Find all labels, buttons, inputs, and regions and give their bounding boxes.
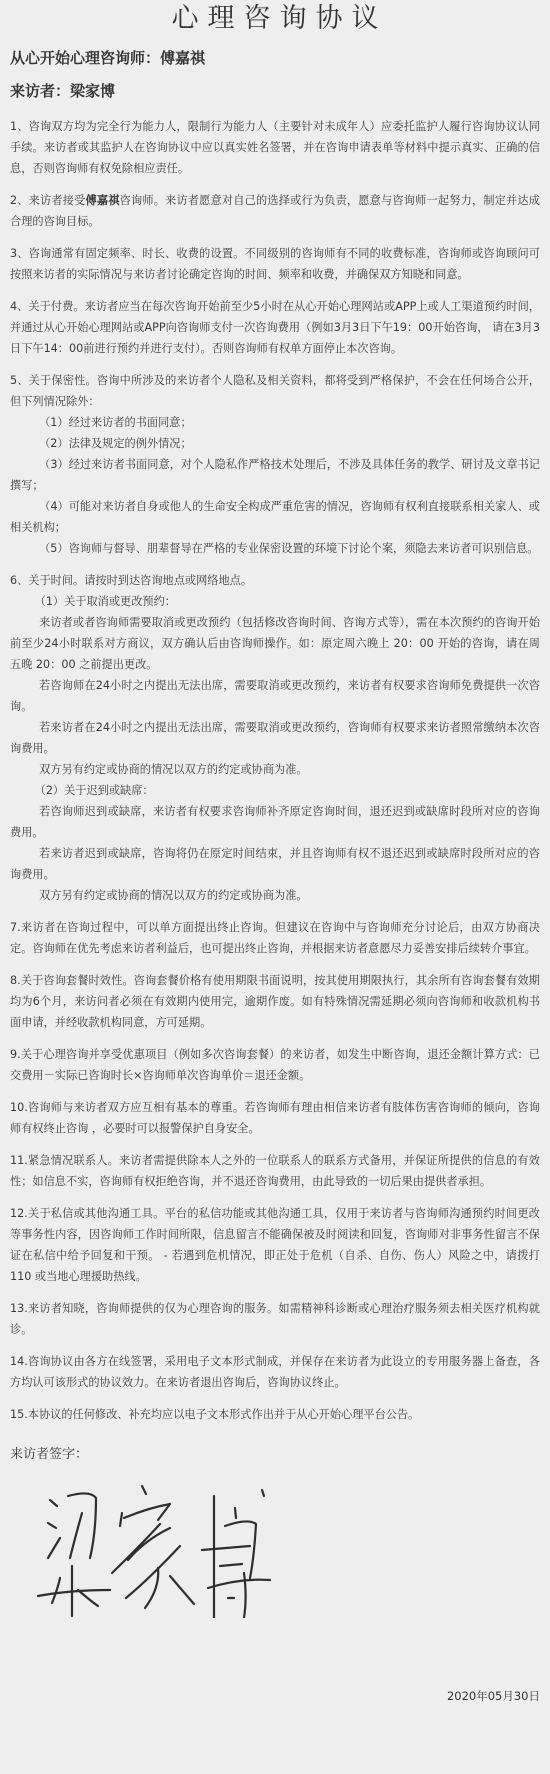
- clause-7: 7.来访者在咨询过程中，可以单方面提出终止咨询。但建议在咨询中与咨询师充分讨论后…: [10, 917, 540, 959]
- clause-6-sub2-para-3: 双方另有约定或协商的情况以双方的约定或协商为准。: [10, 885, 540, 906]
- clause-6-sub1-para-2: 若咨询师在24小时之内提出无法出席，需要取消或更改预约，来访者有权要求咨询师免费…: [10, 675, 540, 717]
- clause-6-sub2-title: （2）关于迟到或缺席：: [10, 780, 540, 801]
- clause-2-prefix: 2、来访者接受: [10, 194, 86, 207]
- clause-5-item-1: （1）经过来访者的书面同意；: [10, 412, 540, 433]
- clause-6: 6、关于时间。请按时到达咨询地点或网络地点。 （1）关于取消或更改预约： 来访者…: [10, 570, 540, 906]
- clause-9: 9.关于心理咨询并享受优惠项目（例如多次咨询套餐）的来访者，如发生中断咨询，退还…: [10, 1044, 540, 1086]
- clause-1: 1、咨询双方均为完全行为能力人，限制行为能力人（主要针对未成年人）应委托监护人履…: [10, 116, 540, 179]
- clause-6-sub2-para-1: 若咨询师迟到或缺席，来访者有权要求咨询师补齐原定咨询时间，退还迟到或缺席时段所对…: [10, 801, 540, 843]
- clause-5-item-4: （4）可能对来访者自身或他人的生命安全构成严重危害的情况，咨询师有权利直接联系相…: [10, 496, 540, 538]
- signing-date: 2020年05月30日: [447, 1688, 540, 1704]
- clause-5: 5、关于保密性。咨询中所涉及的来访者个人隐私及相关资料，都将受到严格保护，不会在…: [10, 370, 540, 559]
- clause-6-sub1-para-1: 来访者或者咨询师需要取消或更改预约（包括修改咨询时间、咨询方式等），需在本次预约…: [10, 612, 540, 675]
- clause-6-intro: 6、关于时间。请按时到达咨询地点或网络地点。: [10, 570, 540, 591]
- agreement-document: 心理咨询协议 从心开始心理咨询师：傅嘉祺 来访者：梁家博 1、咨询双方均为完全行…: [0, 0, 550, 1465]
- clause-4: 4、关于付费。来访者应当在每次咨询开始前至少5小时在从心开始心理网站或APP上或…: [10, 296, 540, 359]
- counselor-label: 从心开始心理咨询师：: [10, 49, 160, 67]
- clause-5-item-3: （3）经过来访者书面同意，对个人隐私作严格技术处理后，不涉及具体任务的教学、研讨…: [10, 454, 540, 496]
- clause-8: 8.关于咨询套餐时效性。咨询套餐价格有使用期限书面说明，按其使用期限执行，其余所…: [10, 970, 540, 1033]
- clause-2: 2、来访者接受傅嘉祺咨询师。来访者愿意对自己的选择或行为负责，愿意与咨询师一起努…: [10, 190, 540, 232]
- client-name: 梁家博: [70, 82, 115, 100]
- client-label: 来访者：: [10, 82, 70, 100]
- clause-5-intro: 5、关于保密性。咨询中所涉及的来访者个人隐私及相关资料，都将受到严格保护，不会在…: [10, 370, 540, 412]
- document-title: 心理咨询协议: [10, 0, 540, 42]
- handwritten-signature: 梁家博: [30, 1478, 290, 1618]
- clause-6-sub1-para-4: 双方另有约定或协商的情况以双方的约定或协商为准。: [10, 759, 540, 780]
- clause-3: 3、咨询通常有固定频率、时长、收费的设置。不同级别的咨询师有不同的收费标准，咨询…: [10, 243, 540, 285]
- counselor-line: 从心开始心理咨询师：傅嘉祺: [10, 48, 540, 69]
- clause-6-sub1-title: （1）关于取消或更改预约：: [10, 591, 540, 612]
- clause-15: 15.本协议的任何修改、补充均应以电子文本形式作出并于从心开始心理平台公告。: [10, 1404, 540, 1425]
- client-line: 来访者：梁家博: [10, 81, 540, 102]
- counselor-name: 傅嘉祺: [160, 49, 205, 67]
- clause-12: 12.关于私信或其他沟通工具。平台的私信功能或其他沟通工具，仅用于来访者与咨询师…: [10, 1203, 540, 1287]
- clause-5-item-5: （5）咨询师与督导、朋辈督导在严格的专业保密设置的环境下讨论个案，须隐去来访者可…: [10, 538, 540, 559]
- clause-11: 11.紧急情况联系人。来访者需提供除本人之外的一位联系人的联系方式备用，并保证所…: [10, 1150, 540, 1192]
- clause-6-sub2-para-2: 若来访者迟到或缺席，咨询将仍在原定时间结束，并且咨询师有权不退还迟到或缺席时段所…: [10, 843, 540, 885]
- clause-6-sub1-para-3: 若来访者在24小时之内提出无法出席，需要取消或更改预约，咨询师有权要求来访者照常…: [10, 717, 540, 759]
- clause-14: 14.咨询协议由各方在线签署，采用电子文本形式制成，并保存在来访者为此设立的专用…: [10, 1351, 540, 1393]
- clause-2-counselor-name: 傅嘉祺: [86, 194, 120, 207]
- clause-10: 10.咨询师与来访者双方应互相有基本的尊重。若咨询师有理由相信来访者有肢体伤害咨…: [10, 1097, 540, 1139]
- clause-5-item-2: （2）法律及规定的例外情况；: [10, 433, 540, 454]
- signature-label: 来访者签字：: [10, 1445, 540, 1465]
- clause-13: 13.来访者知晓，咨询师提供的仅为心理咨询的服务。如需精神科诊断或心理治疗服务须…: [10, 1298, 540, 1340]
